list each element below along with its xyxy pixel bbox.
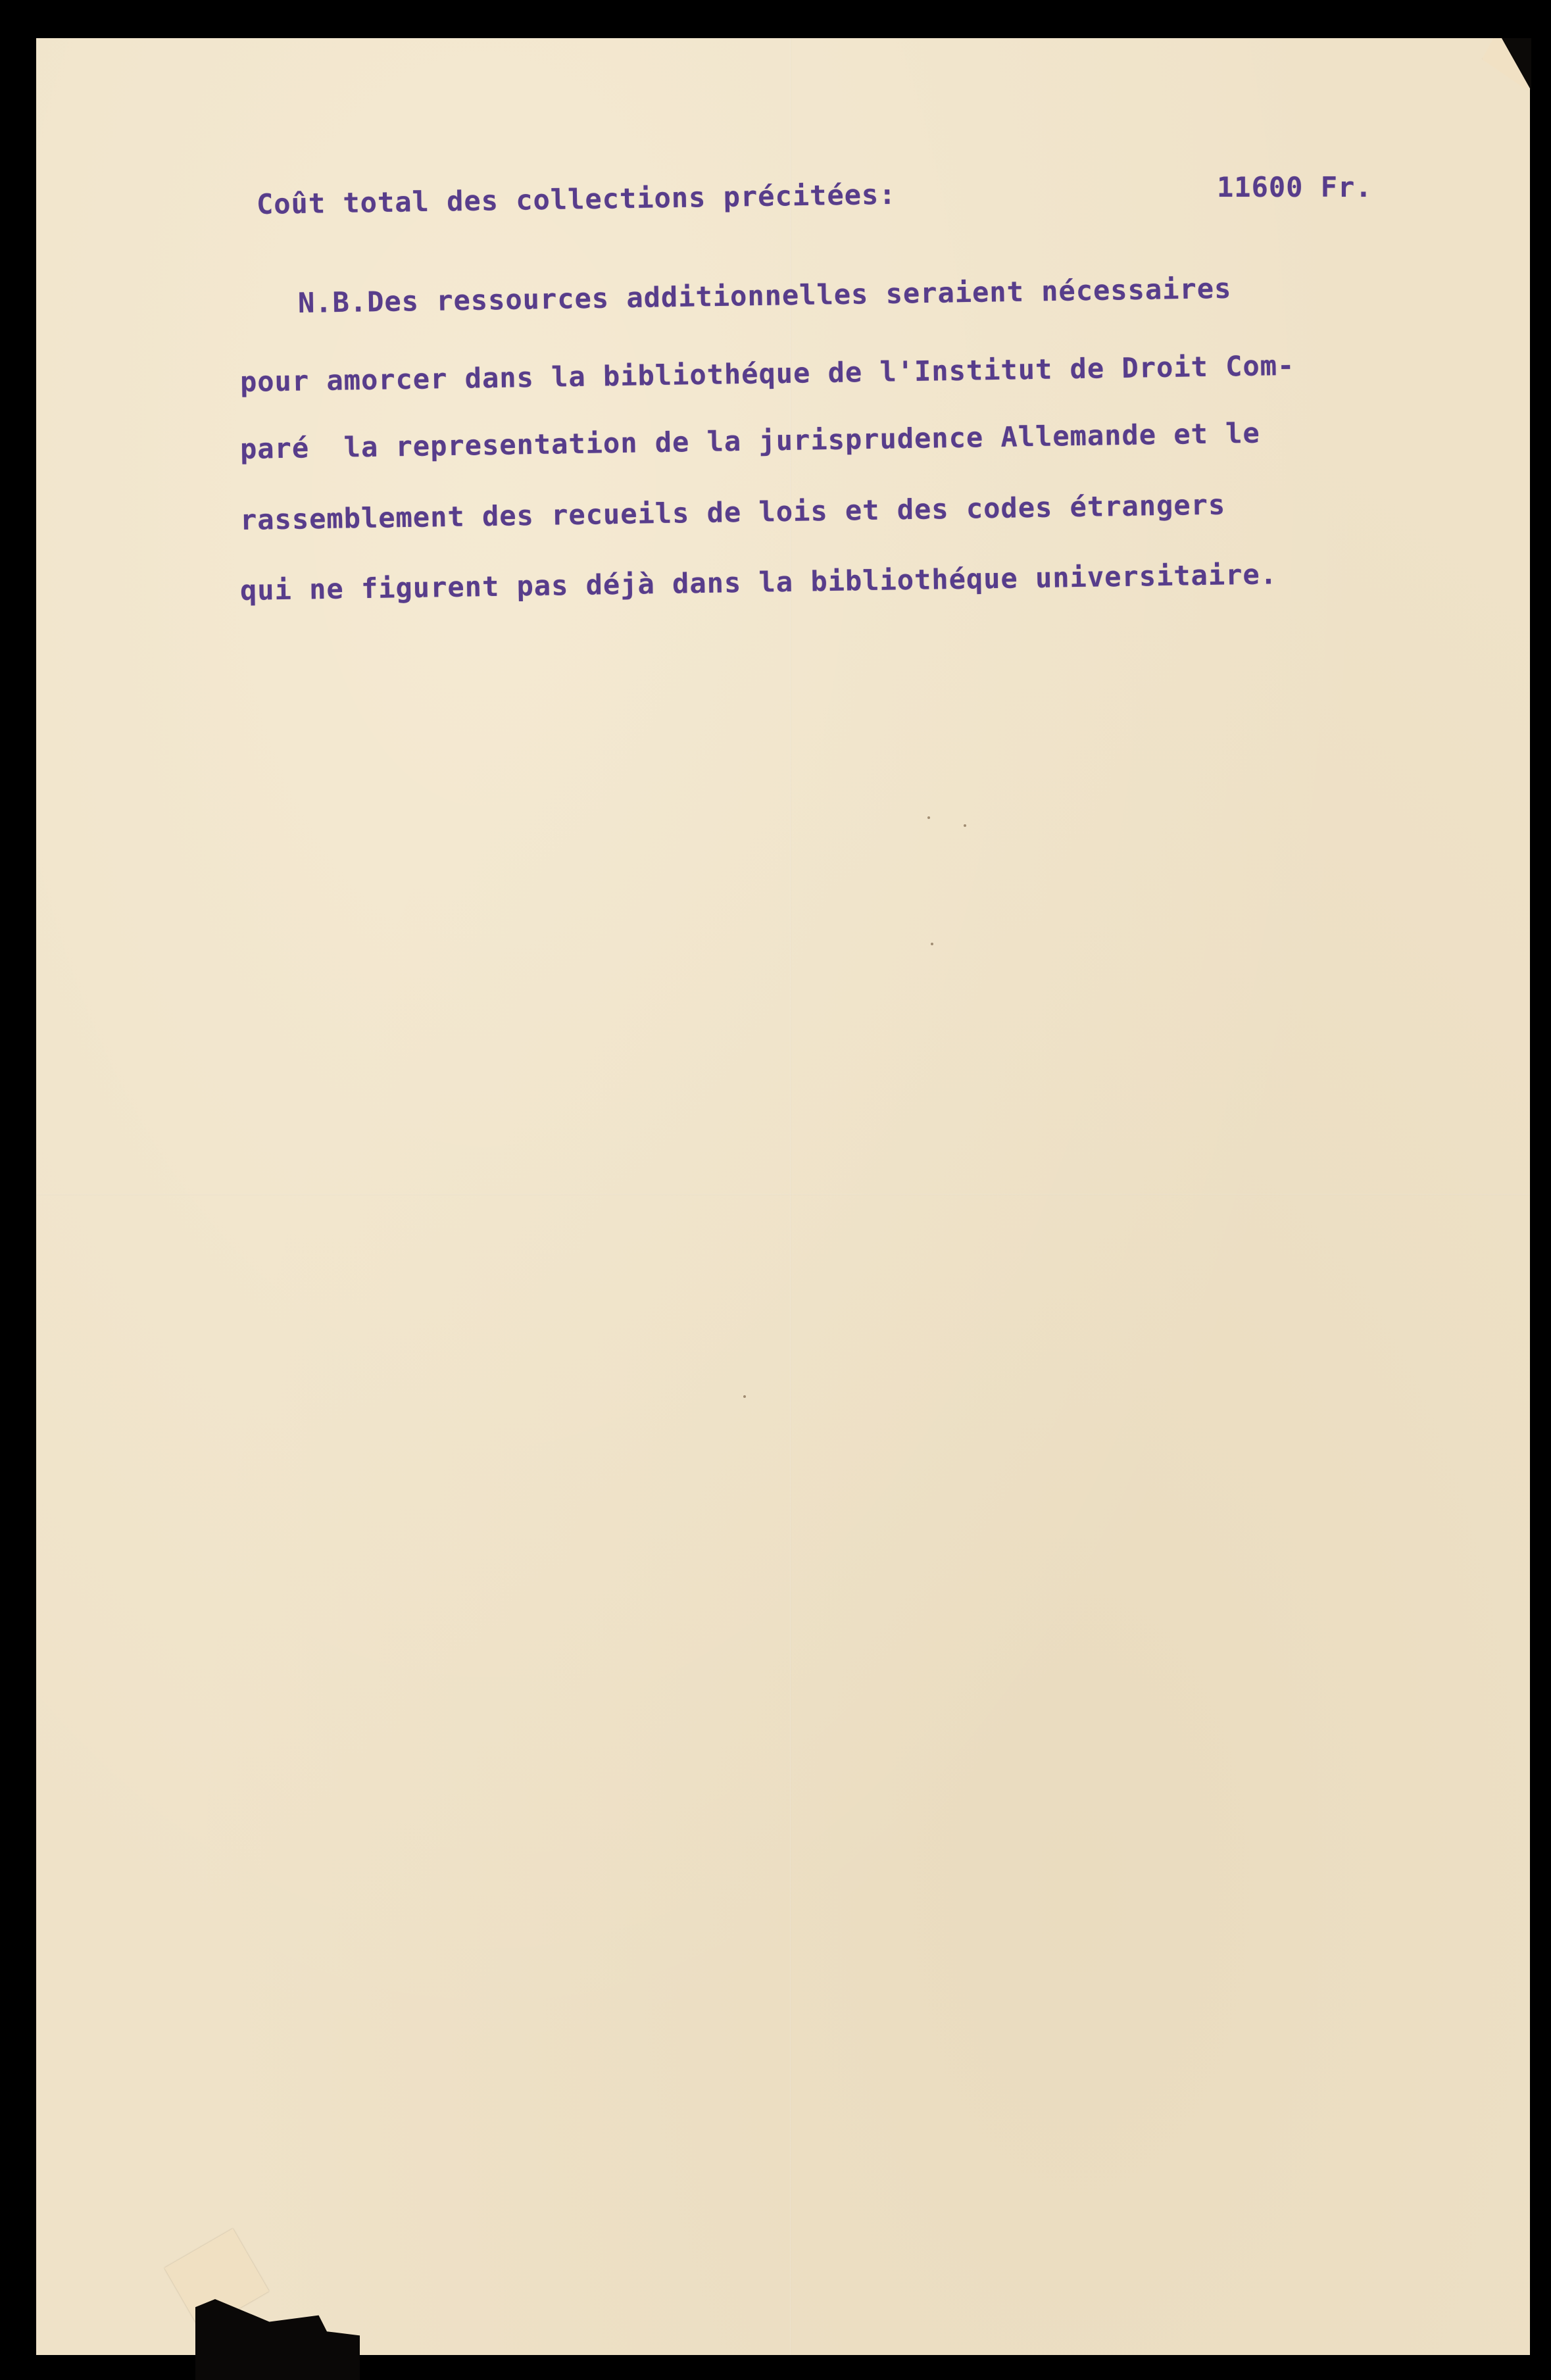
paper-speck — [927, 816, 930, 819]
note-line-4: rassemblement des recueils de lois et de… — [240, 488, 1226, 536]
note-line-3: paré la representation de la jurispruden… — [240, 417, 1260, 465]
horizontal-fold-line — [36, 1194, 1530, 1195]
typewritten-page: Coût total des collections précitées: 11… — [36, 38, 1530, 2355]
total-cost-label: Coût total des collections précitées: — [257, 178, 897, 220]
note-line-2: pour amorcer dans la bibliothéque de l'I… — [240, 349, 1295, 398]
total-cost-amount: 11600 Fr. — [1217, 171, 1373, 203]
note-line-5: qui ne figurent pas déjà dans la bibliot… — [240, 558, 1278, 607]
paper-speck — [931, 943, 933, 945]
paper-speck — [743, 1395, 746, 1398]
paper-speck — [964, 824, 966, 827]
note-line-1: N.B.Des ressources additionnelles seraie… — [298, 272, 1232, 319]
